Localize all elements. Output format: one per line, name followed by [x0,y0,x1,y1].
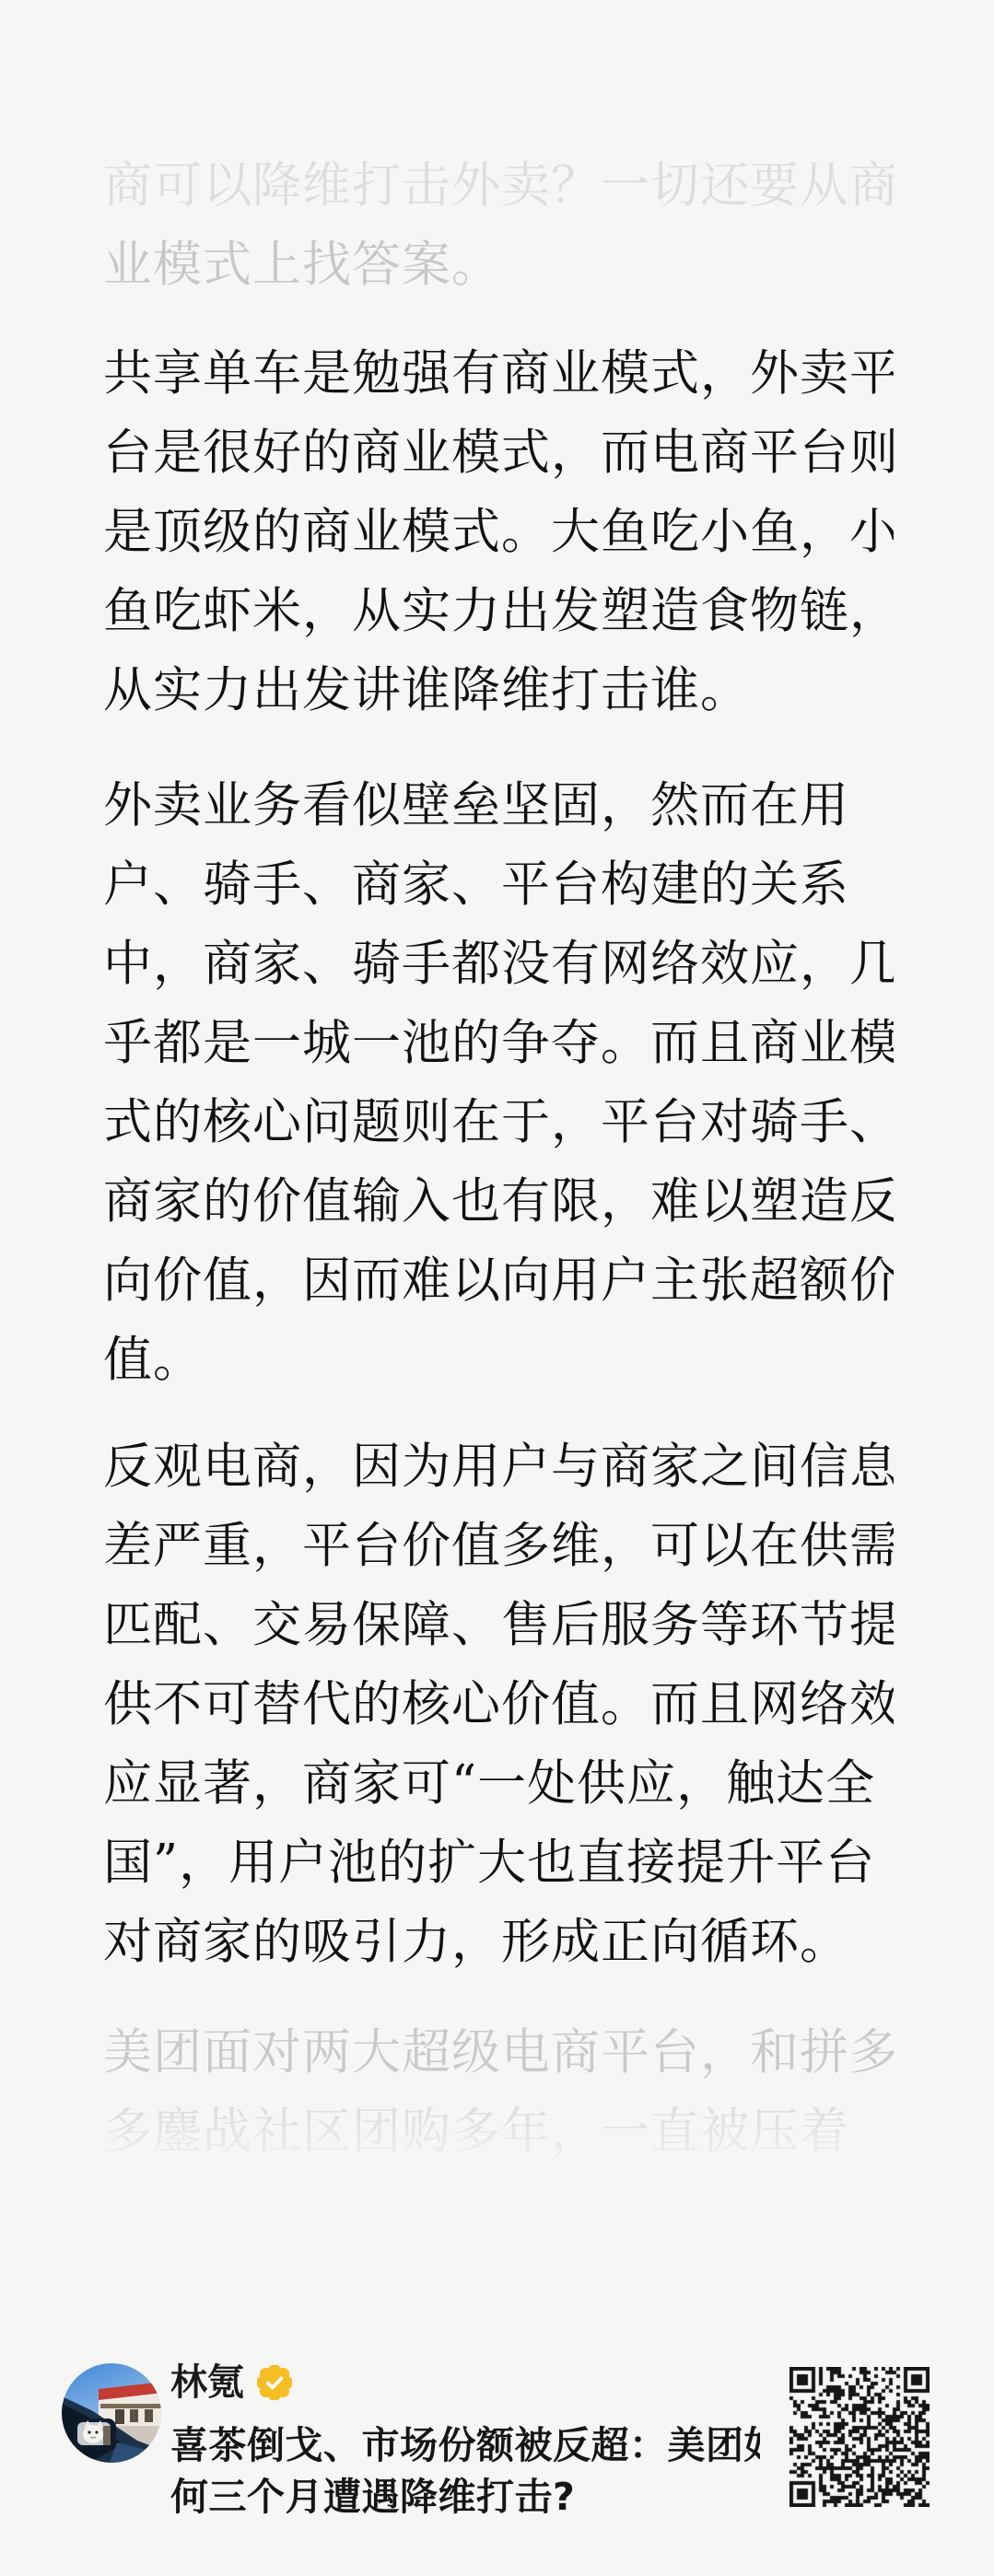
avatar-photo [62,2363,161,2463]
article-line: 美团面对两大超级电商平台，和拼多 [103,2013,894,2092]
author-row[interactable]: 林氪 [170,2360,292,2405]
article-screen: 商可以降维打击外卖？一切还要从商 业模式上找答案。 共享单车是勉强有商业模式，外… [0,0,994,2576]
article-line: 业模式上找答案。 [103,226,894,305]
article-line: 国”，用户池的扩大也直接提升平台 [103,1824,894,1903]
article-line: 对商家的吸引力，形成正向循环。 [103,1903,894,1982]
verified-badge-icon [257,2365,292,2400]
article-line: 匹配、交易保障、售后服务等环节提 [103,1586,894,1665]
article-line: 式的核心问题则在于，平台对骑手、 [103,1083,894,1162]
article-line: 商家的价值输入也有限，难以塑造反 [103,1162,894,1241]
article-line: 是顶级的商业模式。大鱼吃小鱼，小 [103,493,894,572]
article-line: 共享单车是勉强有商业模式，外卖平 [103,334,894,414]
paragraph-2: 外卖业务看似壁垒坚固，然而在用 户、骑手、商家、平台构建的关系 中，商家、骑手都… [103,766,894,1400]
article-line: 多鏖战社区团购多年，一直被压着 [103,2092,894,2172]
author-name: 林氪 [170,2360,244,2405]
article-line: 值。 [103,1321,894,1400]
article-line: 反观电商，因为用户与商家之间信息 [103,1428,894,1507]
article-line: 台是很好的商业模式，而电商平台则 [103,414,894,493]
article-line: 外卖业务看似壁垒坚固，然而在用 [103,766,894,845]
article-title[interactable]: 喜茶倒戈、市场份额被反超：美团如 何三个月遭遇降维打击? [170,2419,760,2523]
author-avatar[interactable] [62,2363,161,2463]
article-line: 向价值，因而难以向用户主张超额价 [103,1241,894,1321]
article-line: 应显著，商家可“一处供应，触达全 [103,1744,894,1824]
paragraph-3: 反观电商，因为用户与商家之间信息 差严重，平台价值多维，可以在供需 匹配、交易保… [103,1428,894,1982]
article-line: 户、骑手、商家、平台构建的关系 [103,845,894,925]
paragraph-1: 共享单车是勉强有商业模式，外卖平 台是很好的商业模式，而电商平台则 是顶级的商业… [103,334,894,730]
article-line: 从实力出发讲谁降维打击谁。 [103,651,894,730]
article-title-line: 何三个月遭遇降维打击? [170,2471,760,2523]
article-line: 乎都是一城一池的争夺。而且商业模 [103,1004,894,1083]
overflow-paragraph-bottom: 美团面对两大超级电商平台，和拼多 多鏖战社区团购多年，一直被压着 [103,2013,894,2172]
qr-code[interactable] [789,2367,930,2507]
overflow-paragraph-top: 商可以降维打击外卖？一切还要从商 业模式上找答案。 [103,146,894,305]
article-line: 供不可替代的核心价值。而且网络效 [103,1665,894,1744]
article-line: 中，商家、骑手都没有网络效应，几 [103,925,894,1004]
article-line: 差严重，平台价值多维，可以在供需 [103,1507,894,1586]
article-line: 鱼吃虾米，从实力出发塑造食物链， [103,572,894,651]
article-title-line: 喜茶倒戈、市场份额被反超：美团如 [170,2419,760,2471]
article-line: 商可以降维打击外卖？一切还要从商 [103,146,894,226]
